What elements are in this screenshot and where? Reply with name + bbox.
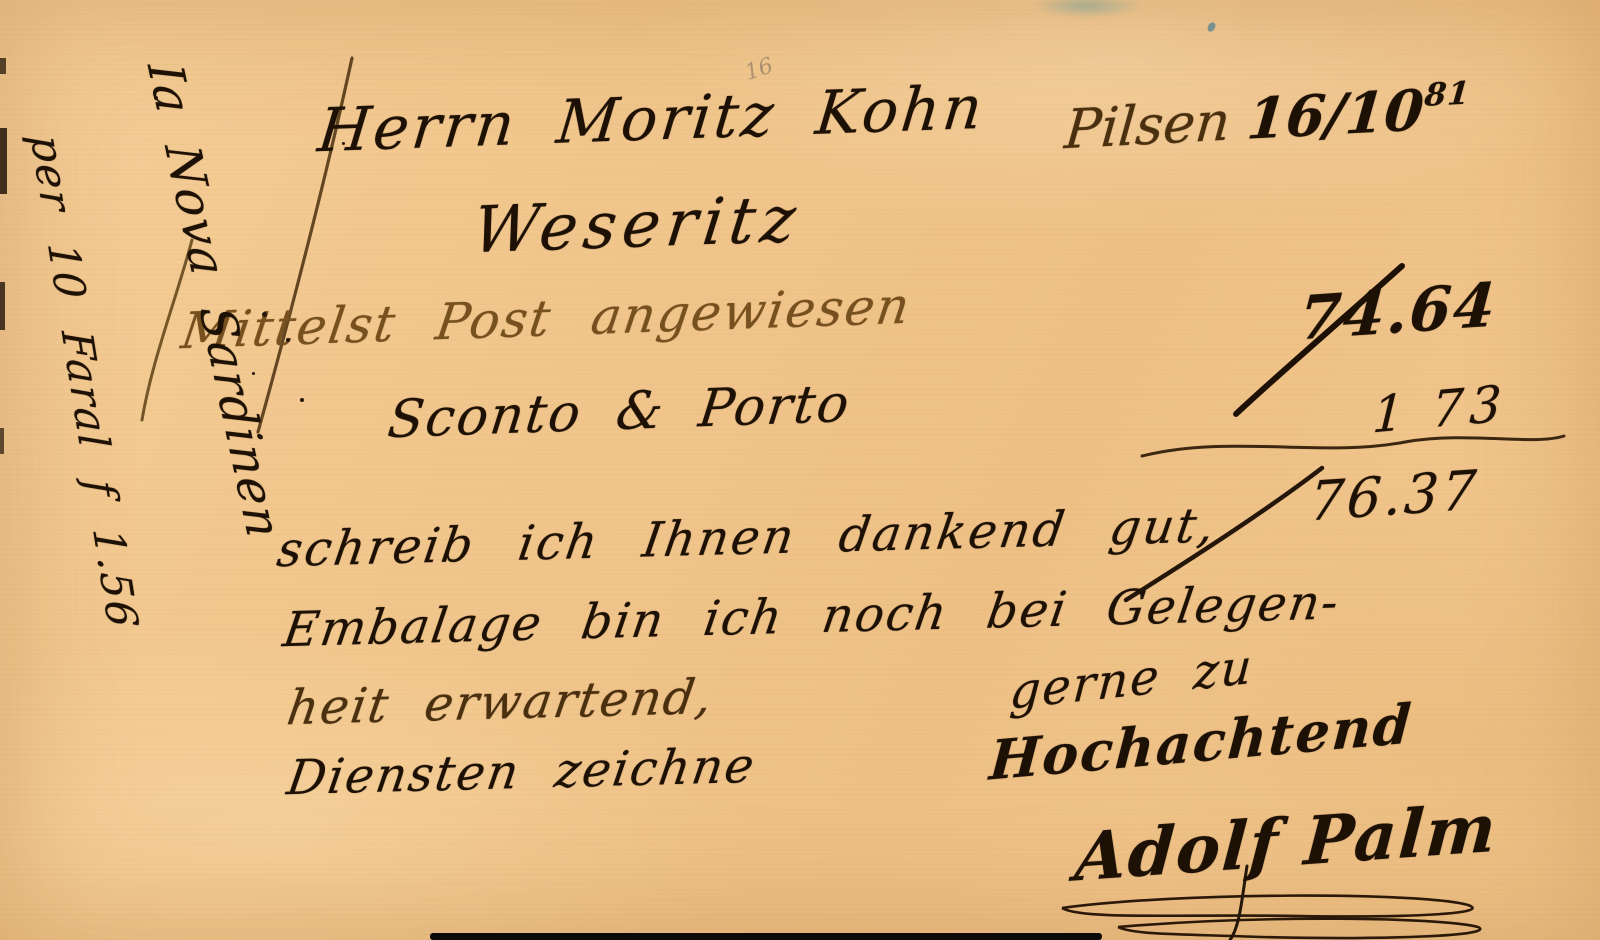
place-text: Pilsen [1062,89,1233,161]
year-text: 81 [1423,75,1472,114]
scan-edge-bar-bottom [430,933,1102,940]
blue-speck [1206,21,1217,33]
margin-note-line-2: per 10 Faral f 1.56 [21,135,149,629]
body-line-1: schreib ich Ihnen dankend gut, [274,497,1221,578]
postcard-scan: Herrn Moritz Kohn Pilsen 16/1081 Weserit… [0,0,1600,940]
signature: Adolf Palm [1073,788,1501,896]
sum-rule-line [1142,436,1564,456]
account-row-2-label: Sconto & Porto [385,374,854,450]
ink-speck [252,372,255,375]
ink-speck [342,142,345,145]
scan-edge-mark-left-3 [0,428,4,454]
scan-edge-mark-left-1 [0,128,7,194]
account-row-1-amount: 74.64 [1297,270,1499,354]
body-line-4: Diensten zeichne [284,738,760,806]
account-row-1-label: Mittelst Post angewiesen [178,277,915,361]
ink-speck [262,312,267,317]
date-text: 16/10 [1244,77,1426,153]
ink-speck [286,338,290,342]
scan-edge-mark-topleft [0,58,6,74]
signature-underline-1 [1062,896,1473,917]
scan-edge-mark-left-2 [0,282,5,330]
signature-underline-2 [1118,919,1480,938]
account-total: 76.37 [1308,458,1482,533]
recipient-line: Herrn Moritz Kohn [315,73,989,167]
body-line-3a: heit erwartend, [284,669,718,736]
ink-speck [300,398,304,402]
address-line: Weseritz [469,183,806,269]
account-row-2-amount: 1 73 [1371,374,1509,444]
ink-speck [154,96,158,100]
place-date-line: Pilsen 16/1081 [1062,75,1472,163]
teal-smudge [1032,0,1142,18]
